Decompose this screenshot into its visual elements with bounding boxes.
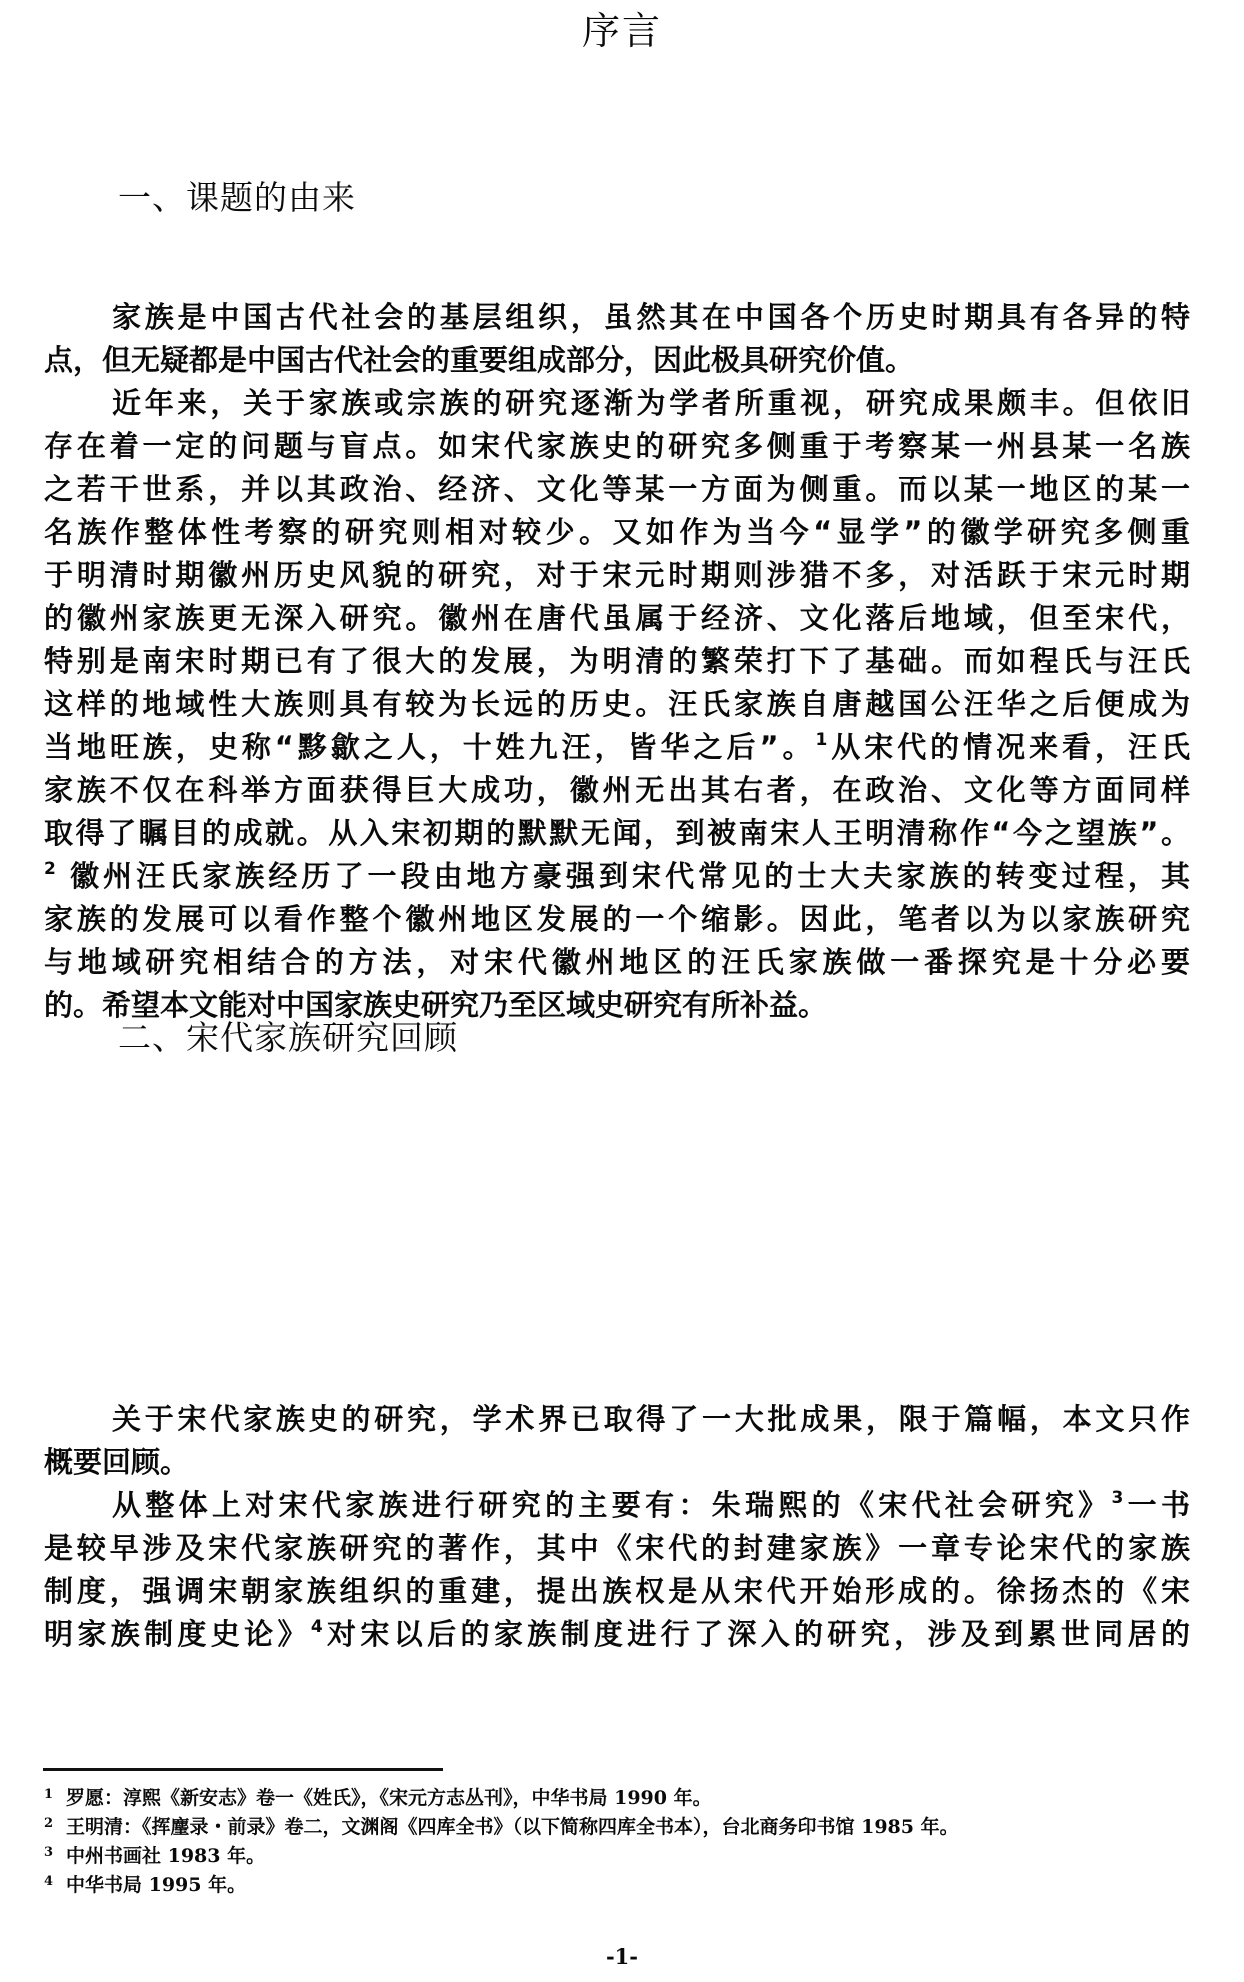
footnote-number: 3: [44, 1840, 66, 1866]
paragraph-line: 家族不仅在科举方面获得巨大成功，徽州无出其右者，在政治、文化等方面同样: [44, 769, 1190, 812]
footnote-text: 中华书局 1995 年。: [66, 1874, 246, 1896]
paragraph-line: 之若干世系，并以其政治、经济、文化等某一方面为侧重。而以某一地区的某一: [44, 468, 1190, 511]
footnote-ref-3[interactable]: 3: [1112, 1488, 1124, 1508]
line-text: 一书: [1123, 1488, 1190, 1522]
footnote-text: 王明清：《挥麈录・前录》卷二，文渊阁《四库全书》（以下简称四库全书本），台北商务…: [66, 1816, 959, 1838]
footnotes: 1罗愿：淳熙《新安志》卷一《姓氏》，《宋元方志丛刊》，中华书局 1990 年。 …: [44, 1782, 1194, 1898]
line-text: 对宋以后的家族制度进行了深入的研究，涉及到累世同居的: [323, 1617, 1190, 1651]
line-text: 从整体上对宋代家族进行研究的主要有：朱瑞熙的《宋代社会研究》: [112, 1488, 1112, 1522]
page-number: -1-: [0, 1944, 1244, 1969]
paragraph-line: 概要回顾。: [44, 1441, 1190, 1484]
footnote-number: 1: [44, 1782, 66, 1808]
paragraph-line: 是较早涉及宋代家族研究的著作，其中《宋代的封建家族》一章专论宋代的家族: [44, 1527, 1190, 1570]
paragraph-line: 制度，强调宋朝家族组织的重建，提出族权是从宋代开始形成的。徐扬杰的《宋: [44, 1570, 1190, 1613]
paragraph-line: 点，但无疑都是中国古代社会的重要组成部分，因此极具研究价值。: [44, 339, 1190, 382]
footnote-ref-4[interactable]: 4: [311, 1617, 323, 1637]
paragraph-line: 的徽州家族更无深入研究。徽州在唐代虽属于经济、文化落后地域，但至宋代，: [44, 597, 1190, 640]
page-title: 序言: [0, 6, 1244, 56]
footnote-text: 罗愿：淳熙《新安志》卷一《姓氏》，《宋元方志丛刊》，中华书局 1990 年。: [66, 1787, 712, 1809]
paragraph-line: 存在着一定的问题与盲点。如宋代家族史的研究多侧重于考察某一州县某一名族: [44, 425, 1190, 468]
paragraph-line: 于明清时期徽州历史风貌的研究，对于宋元时期则涉猎不多，对活跃于宋元时期: [44, 554, 1190, 597]
paragraph-line: 取得了瞩目的成就。从入宋初期的默默无闻，到被南宋人王明清称作“今之望族”。: [44, 812, 1190, 855]
footnote-4: 4中华书局 1995 年。: [44, 1869, 1194, 1898]
paragraph-line-with-footnote: 当地旺族，史称“黟歙之人，十姓九汪，皆华之后”。1从宋代的情况来看，汪氏: [44, 726, 1190, 769]
footnote-number: 4: [44, 1869, 66, 1895]
paragraph-line: 关于宋代家族史的研究，学术界已取得了一大批成果，限于篇幅，本文只作: [44, 1398, 1190, 1441]
footnote-ref-2[interactable]: 2: [44, 859, 56, 879]
paragraph-line: 家族的发展可以看作整个徽州地区发展的一个缩影。因此，笔者以为以家族研究: [44, 898, 1190, 941]
paragraph-line-with-footnote: 2 徽州汪氏家族经历了一段由地方豪强到宋代常见的士大夫家族的转变过程，其: [44, 855, 1190, 898]
line-text: 当地旺族，史称“黟歙之人，十姓九汪，皆华之后”。: [44, 730, 815, 764]
paragraph-line: 名族作整体性考察的研究则相对较少。又如作为当今“显学”的徽学研究多侧重: [44, 511, 1190, 554]
line-text: 明家族制度史论》: [44, 1617, 311, 1651]
paragraph-line: 特别是南宋时期已有了很大的发展，为明清的繁荣打下了基础。而如程氏与汪氏: [44, 640, 1190, 683]
paragraph-line-with-footnote: 从整体上对宋代家族进行研究的主要有：朱瑞熙的《宋代社会研究》3一书: [44, 1484, 1190, 1527]
footnote-ref-1[interactable]: 1: [815, 730, 827, 750]
footnote-text: 中州书画社 1983 年。: [66, 1845, 265, 1867]
footnote-2: 2王明清：《挥麈录・前录》卷二，文渊阁《四库全书》（以下简称四库全书本），台北商…: [44, 1811, 1194, 1840]
paragraph-line: 这样的地域性大族则具有较为长远的历史。汪氏家族自唐越国公汪华之后便成为: [44, 683, 1190, 726]
footnote-3: 3中州书画社 1983 年。: [44, 1840, 1194, 1869]
section-2-body: 关于宋代家族史的研究，学术界已取得了一大批成果，限于篇幅，本文只作 概要回顾。 …: [44, 1398, 1190, 1656]
section-1-body: 家族是中国古代社会的基层组织，虽然其在中国各个历史时期具有各异的特 点，但无疑都…: [44, 296, 1190, 1027]
paragraph-line-with-footnote: 明家族制度史论》4对宋以后的家族制度进行了深入的研究，涉及到累世同居的: [44, 1613, 1190, 1656]
section-heading-review: 二、宋代家族研究回顾: [118, 1016, 458, 1060]
footnote-1: 1罗愿：淳熙《新安志》卷一《姓氏》，《宋元方志丛刊》，中华书局 1990 年。: [44, 1782, 1194, 1811]
line-text: 徽州汪氏家族经历了一段由地方豪强到宋代常见的士大夫家族的转变过程，其: [70, 859, 1190, 893]
paragraph-line: 近年来，关于家族或宗族的研究逐渐为学者所重视，研究成果颇丰。但依旧: [44, 382, 1190, 425]
paragraph-line: 与地域研究相结合的方法，对宋代徽州地区的汪氏家族做一番探究是十分必要: [44, 941, 1190, 984]
footnote-number: 2: [44, 1811, 66, 1837]
footnote-divider: [43, 1768, 443, 1771]
section-heading-origin: 一、课题的由来: [118, 176, 356, 220]
paragraph-line: 家族是中国古代社会的基层组织，虽然其在中国各个历史时期具有各异的特: [44, 296, 1190, 339]
line-text: 从宋代的情况来看，汪氏: [827, 730, 1190, 764]
